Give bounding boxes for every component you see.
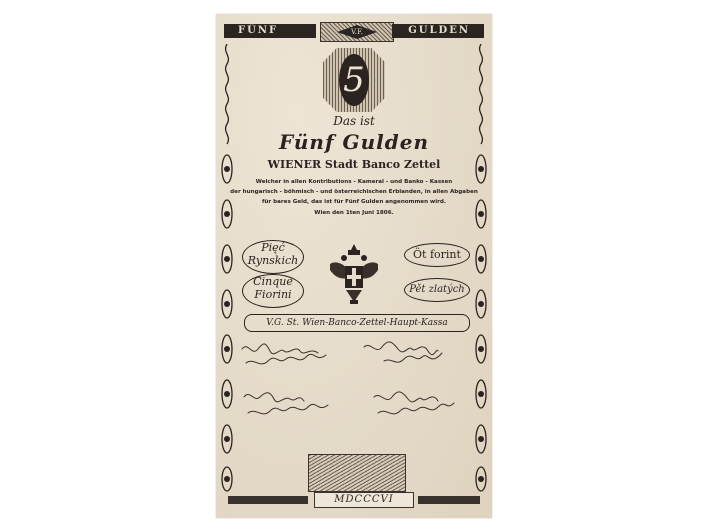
numeral-frame: 5	[323, 48, 385, 112]
engraved-plate	[308, 454, 406, 492]
bottom-bar-segment	[228, 496, 308, 504]
das-ist-text: Das ist	[216, 114, 492, 128]
cartouche-text: Fiorini	[243, 288, 303, 301]
top-banner: FÜNF V.F. GULDEN	[224, 22, 484, 42]
left-border-ornament	[220, 44, 234, 494]
header-right: GULDEN	[392, 24, 484, 38]
date-line: Wien den 1ten Juni 1806.	[216, 210, 492, 216]
signatures	[234, 339, 474, 434]
right-border-ornament	[474, 44, 488, 494]
bottom-bar-segment	[418, 496, 480, 504]
cartouche-text: Cinque	[243, 275, 303, 288]
issuer-line: WIENER Stadt Banco Zettel	[216, 158, 492, 171]
cartouche-text: Rynskich	[243, 254, 303, 267]
header-center-plate: V.F.	[320, 22, 394, 42]
header-left: FÜNF	[224, 24, 316, 38]
text-line: der hungarisch - böhmisch - und österrei…	[216, 189, 492, 195]
denomination-numeral: 5	[339, 54, 369, 106]
denomination-title: Fünf Gulden	[216, 130, 492, 154]
cartouche-polish: Pięć Rynskich	[242, 240, 304, 274]
cartouche-hungarian: Öt forint	[404, 243, 470, 267]
bottom-banner: MDCCCVI	[224, 494, 484, 506]
header-center: V.F.	[337, 25, 377, 39]
kassa-line: V.G. St. Wien-Banco-Zettel-Haupt-Kassa	[244, 314, 470, 332]
text-line: Welcher in allen Kontributions - Kameral…	[216, 179, 492, 185]
double-headed-eagle-icon	[326, 242, 382, 310]
banknote: FÜNF V.F. GULDEN	[216, 14, 492, 518]
cartouche-italian: Cinque Fiorini	[242, 274, 304, 308]
cartouche-czech: Pět zlatých	[404, 278, 470, 302]
text-line: für bares Geld, das ist für Fünf Gulden …	[216, 199, 492, 205]
year-roman: MDCCCVI	[314, 492, 414, 508]
cartouche-text: Pięć	[243, 241, 303, 254]
